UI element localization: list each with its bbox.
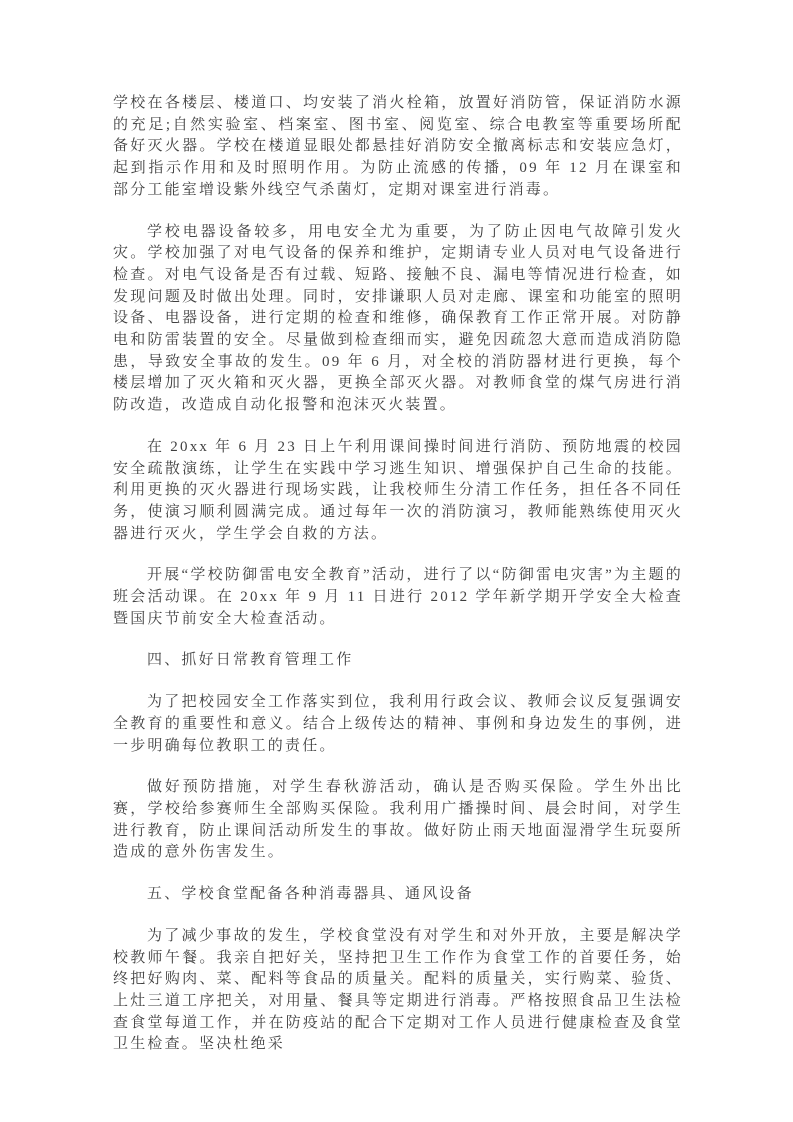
body-paragraph: 做好预防措施，对学生春秋游活动，确认是否购买保险。学生外出比赛，学校给参赛师生全… xyxy=(113,777,683,864)
document-page: 学校在各楼层、楼道口、均安装了消火栓箱，放置好消防管，保证消防水源的充足;自然实… xyxy=(0,0,793,1122)
body-paragraph: 为了把校园安全工作落实到位，我利用行政会议、教师会议反复强调安全教育的重要性和意… xyxy=(113,692,683,757)
body-paragraph: 为了减少事故的发生，学校食堂没有对学生和对外开放，主要是解决学校教师午餐。我亲自… xyxy=(113,926,683,1056)
body-paragraph: 开展“学校防御雷电安全教育”活动，进行了以“防御雷电灾害”为主题的班会活动课。在… xyxy=(113,565,683,630)
section-heading-5: 五、学校食堂配备各种消毒器具、通风设备 xyxy=(113,884,683,906)
body-paragraph: 学校在各楼层、楼道口、均安装了消火栓箱，放置好消防管，保证消防水源的充足;自然实… xyxy=(113,93,683,202)
document-content: 学校在各楼层、楼道口、均安装了消火栓箱，放置好消防管，保证消防水源的充足;自然实… xyxy=(113,93,683,1076)
body-paragraph: 在 20xx 年 6 月 23 日上午利用课间操时间进行消防、预防地震的校园安全… xyxy=(113,437,683,546)
body-paragraph: 学校电器设备较多，用电安全尤为重要，为了防止因电气故障引发火灾。学校加强了对电气… xyxy=(113,222,683,417)
section-heading-4: 四、抓好日常教育管理工作 xyxy=(113,650,683,672)
